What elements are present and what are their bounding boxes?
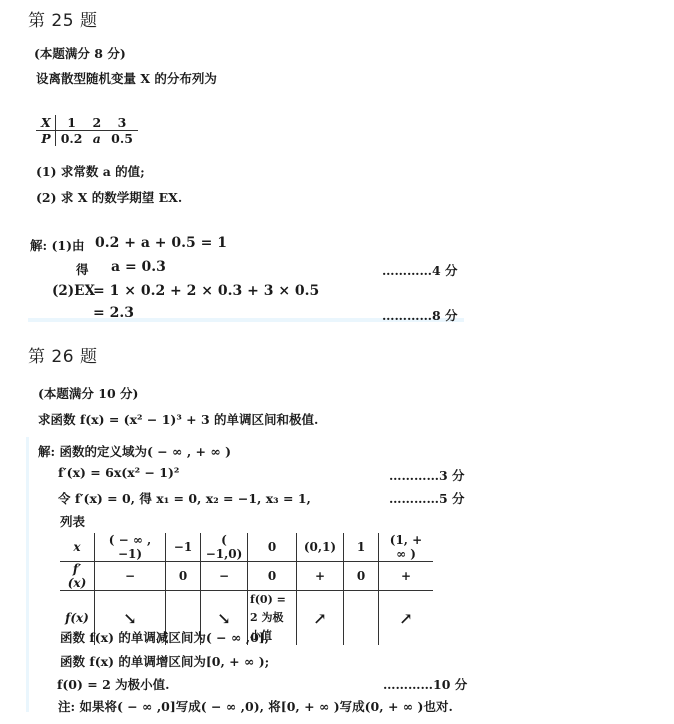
q26-sol-line1: 解: 函数的定义域为( − ∞ , + ∞ ): [38, 442, 231, 460]
dist-x-3: 3: [106, 115, 138, 131]
dist-p-2: a: [87, 131, 106, 147]
q25-sol-line1-prefix: 解: (1)由: [30, 236, 85, 254]
q26-score-5: …………5 分: [389, 489, 465, 507]
mono-header-x: x: [60, 533, 95, 562]
q26-sol-line2: f′(x) = 6x(x² − 1)²: [58, 465, 179, 480]
mono-header-interval-2: ( −1,0): [201, 533, 248, 562]
dist-p-3: 0.5: [106, 131, 138, 147]
mono-deriv-label: f′(x): [60, 562, 95, 591]
mono-header-interval-1: ( − ∞ , −1): [95, 533, 166, 562]
q25-score-8: …………8 分: [382, 306, 458, 324]
dist-p-1: 0.2: [55, 131, 87, 147]
q26-heading: 第 26 题: [28, 342, 97, 367]
q26-solution-sidebar: [26, 437, 29, 712]
q25-sol-line2-expr: a = 0.3: [111, 259, 166, 275]
mono-deriv-cell: +: [297, 562, 344, 591]
mono-deriv-cell: −: [201, 562, 248, 591]
mono-header-point-neg1: −1: [166, 533, 201, 562]
mono-deriv-cell: 0: [166, 562, 201, 591]
q25-sol-line1-expr: 0.2 + a + 0.5 = 1: [95, 235, 227, 251]
q25-sol-line3-prefix: (2)EX: [52, 283, 95, 299]
q26-intro: 求函数 f(x) = (x² − 1)³ + 3 的单调区间和极值.: [38, 410, 318, 428]
increasing-arrow-icon: ↗: [297, 591, 344, 646]
dist-x-2: 2: [87, 115, 106, 131]
mono-header-point-0: 0: [248, 533, 297, 562]
mono-header-interval-4: (1, + ∞ ): [379, 533, 434, 562]
q26-sol-line3: 令 f′(x) = 0, 得 x₁ = 0, x₂ = −1, x₃ = 1,: [58, 489, 311, 507]
q25-sol-line2-prefix: 得: [76, 260, 89, 278]
mono-func-cell-empty: [344, 591, 379, 646]
q26-score-3: …………3 分: [389, 466, 465, 484]
q25-question-1: (1) 求常数 a 的值;: [36, 162, 145, 180]
q26-conclusion-decreasing: 函数 f(x) 的单调减区间为( − ∞ ,0],: [60, 628, 269, 646]
q26-note: 注: 如果将( − ∞ ,0]写成( − ∞ ,0), 将[0, + ∞ )写成…: [58, 697, 453, 715]
q26-table-caption: 列表: [60, 512, 85, 530]
mono-deriv-cell: +: [379, 562, 434, 591]
mono-header-interval-3: (0,1): [297, 533, 344, 562]
distribution-table: X 1 2 3 P 0.2 a 0.5: [36, 115, 138, 146]
mono-deriv-cell: −: [95, 562, 166, 591]
q26-conclusion-minimum: f(0) = 2 为极小值.: [57, 675, 169, 693]
q26-points-note: (本题满分 10 分): [38, 384, 138, 402]
dist-label-p: P: [36, 131, 55, 147]
q25-sol-line3-expr: = 1 × 0.2 + 2 × 0.3 + 3 × 0.5: [93, 283, 319, 299]
q25-points-note: (本题满分 8 分): [34, 44, 126, 62]
q25-question-2: (2) 求 X 的数学期望 EX.: [36, 188, 182, 206]
q25-intro: 设离散型随机变量 X 的分布列为: [36, 69, 217, 87]
dist-label-x: X: [36, 115, 55, 131]
mono-deriv-cell: 0: [344, 562, 379, 591]
mono-header-point-1: 1: [344, 533, 379, 562]
q25-score-4: …………4 分: [382, 261, 458, 279]
q26-conclusion-increasing: 函数 f(x) 的单调增区间为[0, + ∞ );: [60, 652, 269, 670]
mono-deriv-cell: 0: [248, 562, 297, 591]
q26-score-10: …………10 分: [383, 675, 467, 693]
q25-heading: 第 25 题: [28, 6, 97, 31]
dist-x-1: 1: [55, 115, 87, 131]
q25-sol-line4-expr: = 2.3: [93, 305, 134, 321]
increasing-arrow-icon: ↗: [379, 591, 434, 646]
